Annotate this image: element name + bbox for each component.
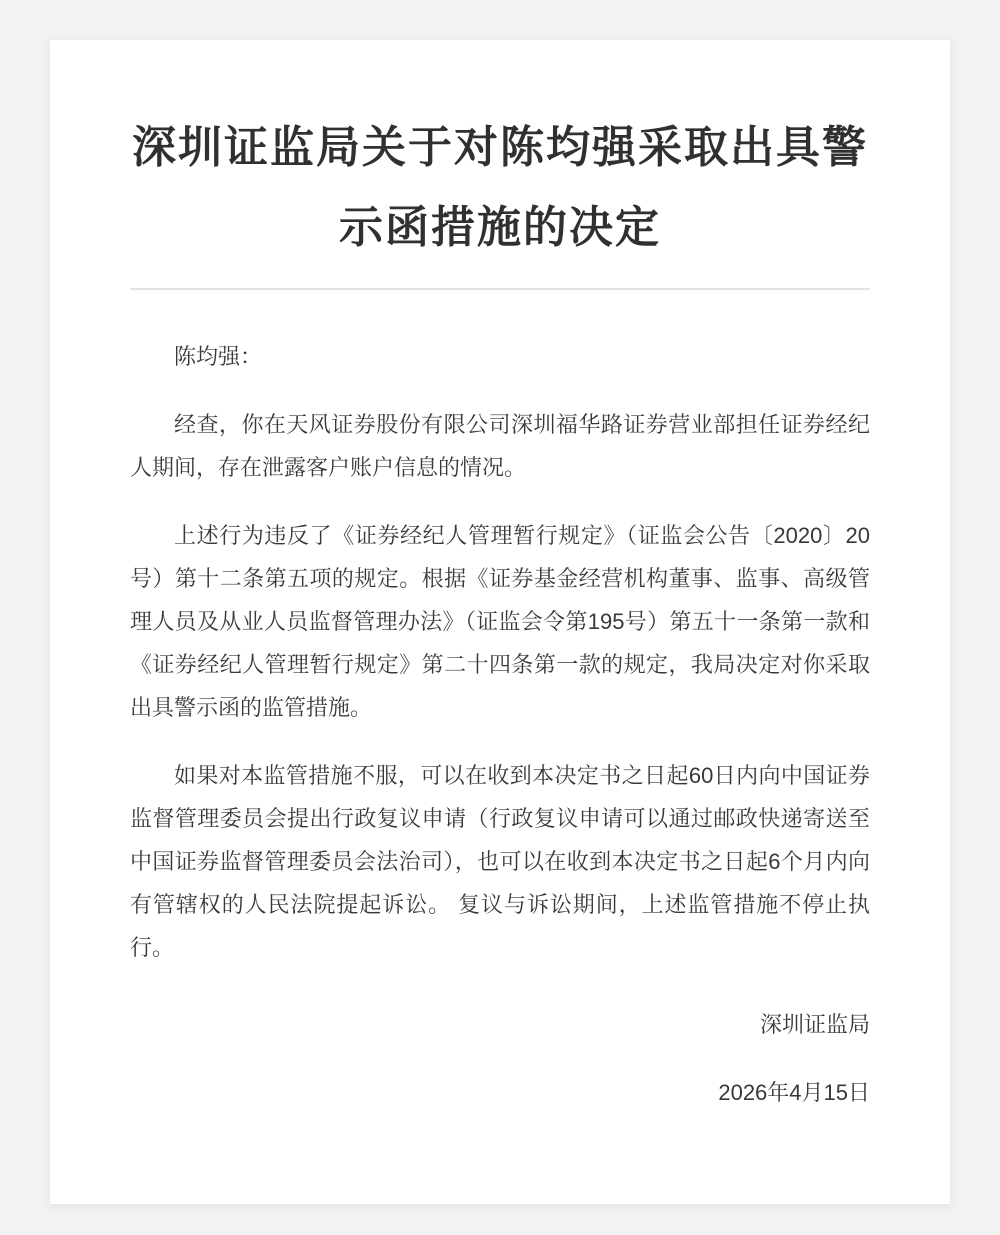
issue-date: 2026年4月15日 xyxy=(130,1071,870,1114)
salutation: 陈均强： xyxy=(130,335,870,378)
document-body: 陈均强： 经查，你在天风证券股份有限公司深圳福华路证券营业部担任证券经纪人期间，… xyxy=(130,335,870,969)
paragraph-legal-basis: 上述行为违反了《证券经纪人管理暂行规定》（证监会公告〔2020〕20号）第十二条… xyxy=(130,514,870,729)
document-card: 深圳证监局关于对陈均强采取出具警示函措施的决定 陈均强： 经查，你在天风证券股份… xyxy=(50,40,950,1204)
paragraph-facts: 经查，你在天风证券股份有限公司深圳福华路证券营业部担任证券经纪人期间，存在泄露客… xyxy=(130,403,870,489)
signature-block: 深圳证监局 2026年4月15日 xyxy=(130,1003,870,1114)
paragraph-appeal-rights: 如果对本监管措施不服，可以在收到本决定书之日起60日内向中国证券监督管理委员会提… xyxy=(130,754,870,969)
issuer-signature: 深圳证监局 xyxy=(130,1003,870,1046)
title-divider xyxy=(130,288,870,290)
document-title: 深圳证监局关于对陈均强采取出具警示函措施的决定 xyxy=(130,108,870,268)
